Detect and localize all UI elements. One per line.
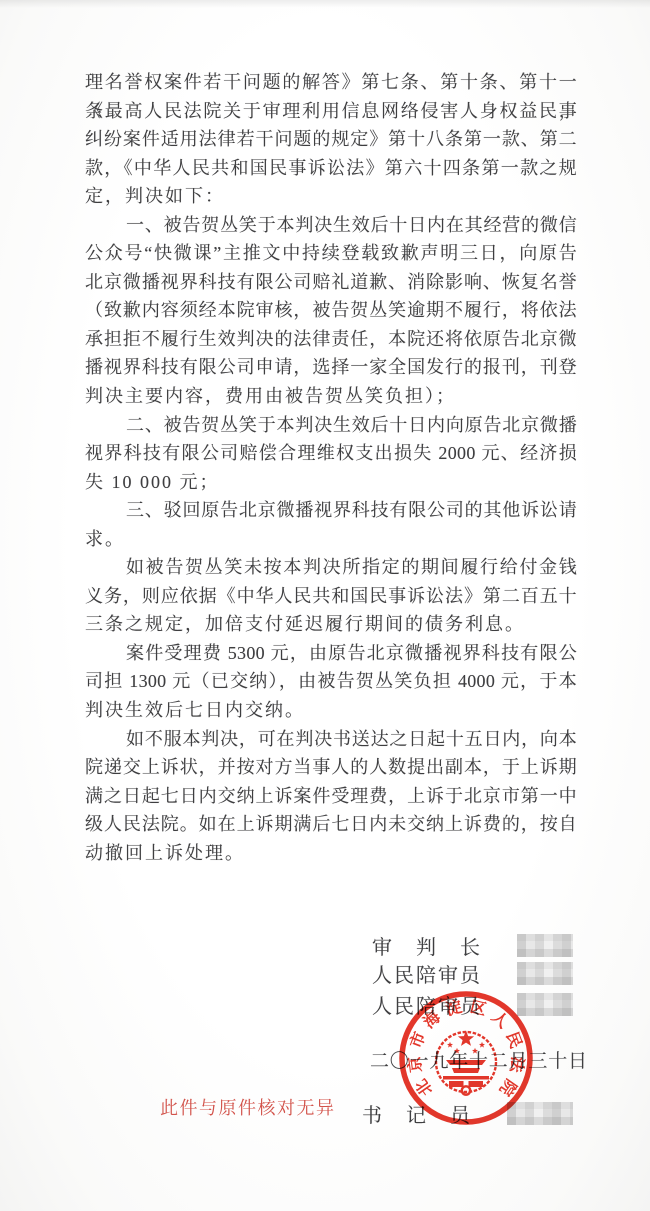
body-line: 三、驳回原告北京微播视界科技有限公司的其他诉讼请 bbox=[85, 496, 577, 525]
body-line: 动撤回上诉处理。 bbox=[85, 839, 577, 868]
body-line: 视界科技有限公司赔偿合理维权支出损失 2000 元、经济损 bbox=[85, 439, 577, 468]
national-emblem-icon bbox=[436, 1031, 496, 1095]
signature-role-label: 审 判 长 bbox=[372, 931, 484, 960]
body-line: 求。 bbox=[85, 525, 577, 554]
body-line: 播视界科技有限公司申请，选择一家全国发行的报刊，刊登 bbox=[85, 353, 577, 382]
seal-char: 京 bbox=[404, 1055, 425, 1073]
body-line: 义务，则应依据《中华人民共和国民事诉讼法》第二百五十 bbox=[85, 582, 577, 611]
body-line: 定，判决如下： bbox=[85, 182, 577, 211]
body-line: （致歉内容须经本院审核，被告贺丛笑逾期不履行，将依法 bbox=[85, 296, 577, 325]
body-line: 《最高人民法院关于审理利用信息网络侵害人身权益民事 bbox=[85, 97, 577, 126]
body-line: 三条之规定，加倍支付延迟履行期间的债务利息。 bbox=[85, 610, 577, 639]
court-seal: 北京市海淀区人民法院 bbox=[396, 988, 536, 1128]
seal-char: 淀 bbox=[444, 997, 464, 1019]
body-line: 北京微播视界科技有限公司赔礼道歉、消除影响、恢复名誉 bbox=[85, 268, 577, 297]
body-line: 纠纷案件适用法律若干问题的规定》第十八条第一款、第二 bbox=[85, 125, 577, 154]
body-text: 理名誉权案件若干问题的解答》第七条、第十条、第十一条，《最高人民法院关于审理利用… bbox=[85, 68, 577, 867]
body-line: 理名誉权案件若干问题的解答》第七条、第十条、第十一条， bbox=[85, 68, 577, 97]
body-line: 满之日起七日内交纳上诉案件受理费，上诉于北京市第一中 bbox=[85, 782, 577, 811]
star-icon bbox=[472, 1048, 478, 1054]
seal-char: 民 bbox=[503, 1029, 525, 1050]
redacted-name bbox=[517, 962, 573, 985]
body-line: 公众号“快微课”主推文中持续登载致歉声明三日，向原告 bbox=[85, 239, 577, 268]
body-line: 承担拒不履行生效判决的法律责任，本院还将依原告北京微 bbox=[85, 325, 577, 354]
seal-char: 区 bbox=[468, 998, 488, 1019]
body-line: 院递交上诉状，并按对方当事人的人数提出副本，于上诉期 bbox=[85, 753, 577, 782]
body-line: 如不服本判决，可在判决书送达之日起十五日内，向本 bbox=[85, 725, 577, 754]
signature-role-label: 人民陪审员 bbox=[372, 959, 484, 988]
redacted-name bbox=[517, 934, 573, 957]
star-icon bbox=[479, 1042, 485, 1048]
body-line: 司担 1300 元（已交纳），由被告贺丛笑负担 4000 元，于本 bbox=[85, 667, 577, 696]
body-line: 一、被告贺丛笑于本判决生效后十日内在其经营的微信 bbox=[85, 211, 577, 240]
verification-note: 此件与原件核对无异 bbox=[160, 1094, 336, 1120]
star-icon bbox=[447, 1042, 453, 1048]
body-line: 如被告贺丛笑未按本判决所指定的期间履行给付金钱 bbox=[85, 553, 577, 582]
body-line: 判决主要内容，费用由被告贺丛笑负担）； bbox=[85, 382, 577, 411]
body-line: 级人民法院。如在上诉期满后七日内未交纳上诉费的，按自 bbox=[85, 810, 577, 839]
signature-row: 人民陪审员 bbox=[372, 960, 573, 986]
body-line: 失 10 000 元； bbox=[85, 468, 577, 497]
seal-char: 法 bbox=[507, 1055, 527, 1074]
signature-row: 审 判 长 bbox=[372, 932, 573, 958]
star-icon bbox=[454, 1048, 460, 1054]
judgment-page: 理名誉权案件若干问题的解答》第七条、第十条、第十一条，《最高人民法院关于审理利用… bbox=[0, 0, 650, 1211]
body-line: 案件受理费 5300 元，由原告北京微播视界科技有限公 bbox=[85, 639, 577, 668]
body-line: 判决生效后七日内交纳。 bbox=[85, 696, 577, 725]
body-line: 款，《中华人民共和国民事诉讼法》第六十四条第一款之规 bbox=[85, 154, 577, 183]
body-line: 二、被告贺丛笑于本判决生效后十日内向原告北京微播 bbox=[85, 411, 577, 440]
